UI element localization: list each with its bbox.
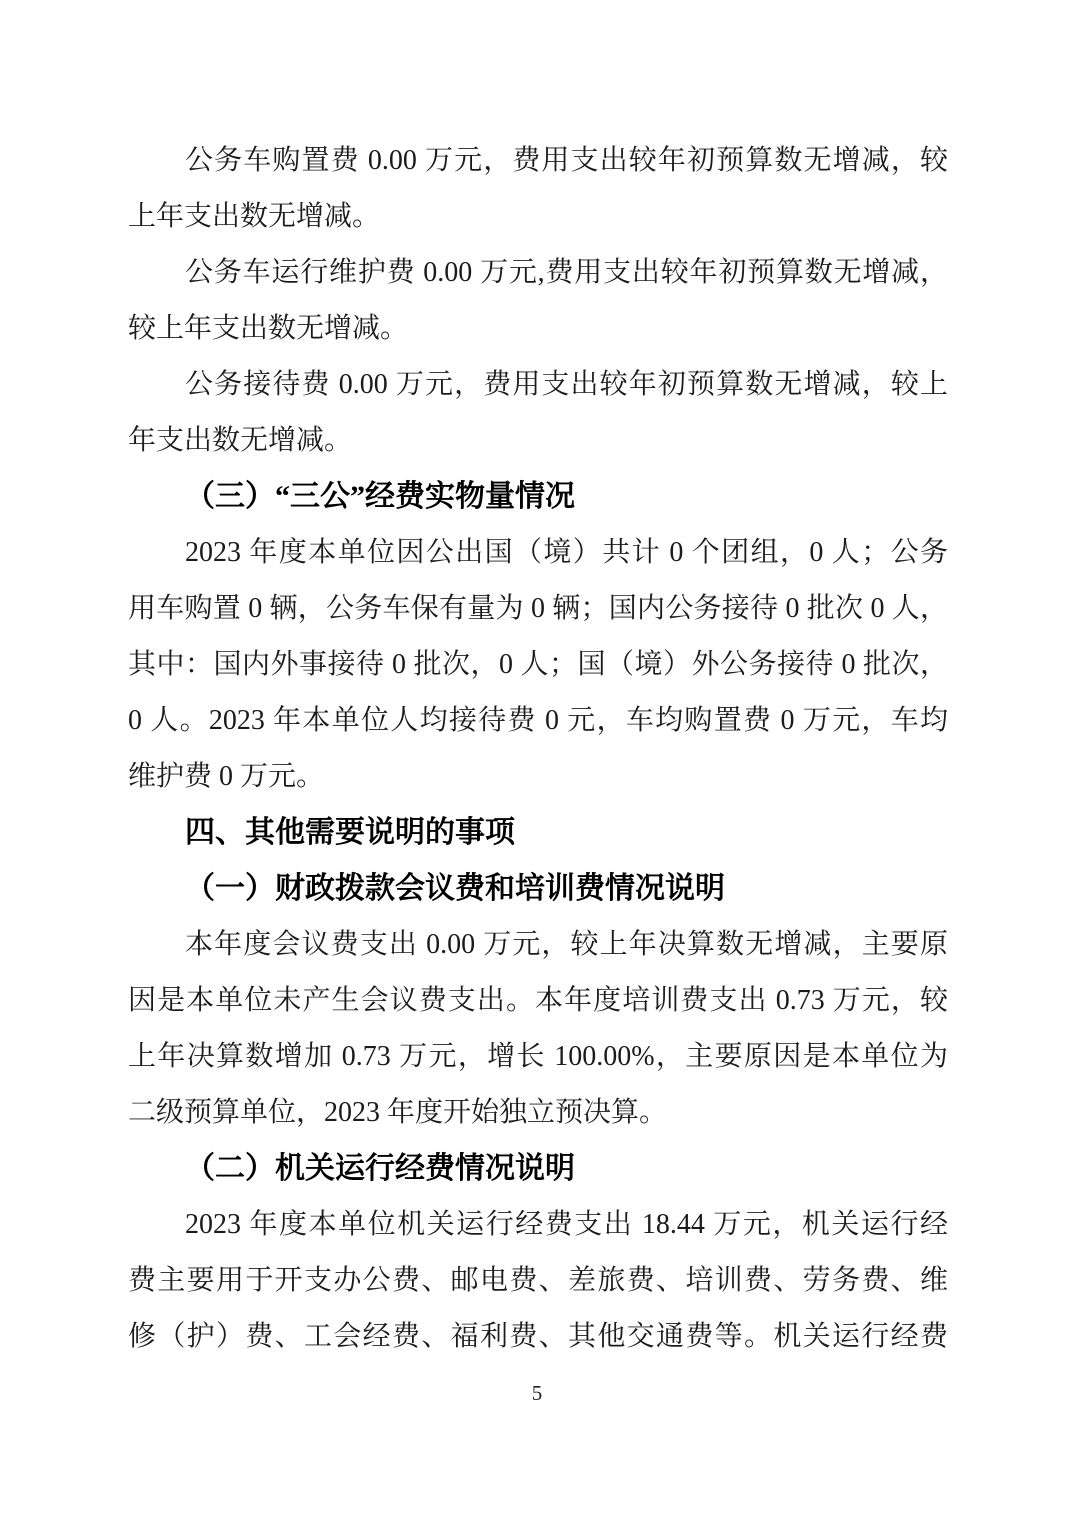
page-number: 5	[0, 1381, 1074, 1406]
body-line: 2023 年度本单位机关运行经费支出 18.44 万元，机关运行经	[128, 1197, 948, 1253]
body-line: 修（护）费、工会经费、福利费、其他交通费等。机关运行经费	[128, 1309, 948, 1365]
document-page: 公务车购置费 0.00 万元，费用支出较年初预算数无增减，较 上年支出数无增减。…	[0, 0, 1074, 1520]
body-line: 2023 年度本单位因公出国（境）共计 0 个团组，0 人；公务	[128, 525, 948, 581]
chapter-heading-other-matters: 四、其他需要说明的事项	[128, 805, 948, 861]
body-line: 年支出数无增减。	[128, 413, 948, 469]
body-line: 费主要用于开支办公费、邮电费、差旅费、培训费、劳务费、维	[128, 1253, 948, 1309]
section-heading-agency-operating-expense: （二）机关运行经费情况说明	[128, 1141, 948, 1197]
body-line: 公务接待费 0.00 万元，费用支出较年初预算数无增减，较上	[128, 357, 948, 413]
body-line: 上年支出数无增减。	[128, 189, 948, 245]
body-line: 因是本单位未产生会议费支出。本年度培训费支出 0.73 万元，较	[128, 973, 948, 1029]
body-line: 0 人。2023 年本单位人均接待费 0 元，车均购置费 0 万元，车均	[128, 693, 948, 749]
body-line: 用车购置 0 辆，公务车保有量为 0 辆；国内公务接待 0 批次 0 人，	[128, 581, 948, 637]
body-line: 较上年支出数无增减。	[128, 301, 948, 357]
body-line: 公务车运行维护费 0.00 万元,费用支出较年初预算数无增减，	[128, 245, 948, 301]
section-heading-meeting-training-fees: （一）财政拨款会议费和培训费情况说明	[128, 861, 948, 917]
section-heading-three-public-expense-quantities: （三）“三公”经费实物量情况	[128, 469, 948, 525]
body-line: 上年决算数增加 0.73 万元，增长 100.00%，主要原因是本单位为	[128, 1029, 948, 1085]
body-line: 二级预算单位，2023 年度开始独立预决算。	[128, 1085, 948, 1141]
body-line: 本年度会议费支出 0.00 万元，较上年决算数无增减，主要原	[128, 917, 948, 973]
body-line: 其中：国内外事接待 0 批次，0 人；国（境）外公务接待 0 批次，	[128, 637, 948, 693]
body-line: 公务车购置费 0.00 万元，费用支出较年初预算数无增减，较	[128, 133, 948, 189]
body-line: 维护费 0 万元。	[128, 749, 948, 805]
document-body: 公务车购置费 0.00 万元，费用支出较年初预算数无增减，较 上年支出数无增减。…	[128, 133, 948, 1365]
